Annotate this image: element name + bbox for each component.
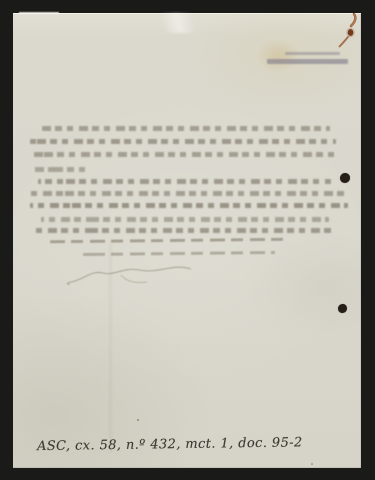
scanner-background: ASC, cx. 58, n.º 432, mct. 1, doc. 95-2 (0, 0, 375, 480)
showthrough-layer (13, 13, 361, 468)
typed-text-showthrough-line (30, 191, 348, 196)
punch-hole (338, 304, 347, 313)
typed-text-showthrough-line (30, 139, 336, 144)
typed-text-showthrough-line (42, 126, 330, 131)
typed-text-showthrough-line (38, 179, 331, 184)
handwriting-showthrough-line (83, 251, 275, 256)
typed-text-showthrough-line (33, 228, 333, 233)
typed-text-showthrough-line (30, 152, 336, 157)
letterhead-showthrough-line (267, 59, 348, 64)
handwriting-showthrough-line (50, 238, 290, 243)
signature-showthrough (63, 260, 198, 290)
typed-text-showthrough-line (41, 217, 329, 222)
punch-hole (340, 173, 350, 183)
document-page: ASC, cx. 58, n.º 432, mct. 1, doc. 95-2 (13, 13, 361, 468)
typed-text-showthrough-line (30, 203, 348, 208)
letterhead-showthrough-line (285, 52, 340, 55)
typed-text-showthrough-line (33, 167, 89, 172)
